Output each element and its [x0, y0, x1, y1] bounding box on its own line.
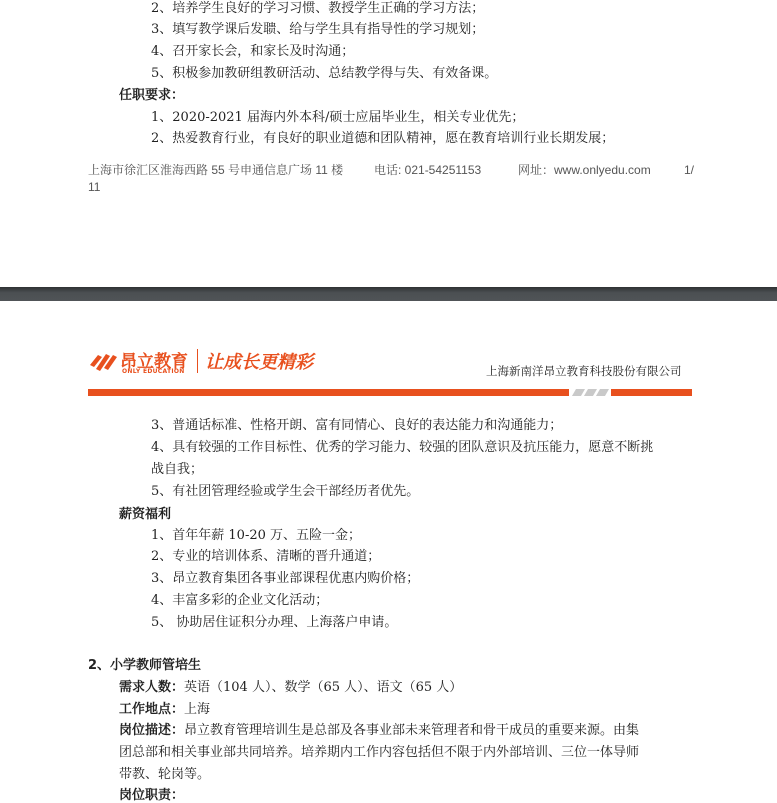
duty-item-4: 4、召开家长会，和家长及时沟通；: [151, 44, 354, 60]
location-value: 上海: [184, 702, 210, 717]
requirement-item-4-cont: 战自我；: [151, 462, 203, 478]
location-row: 工作地点：上海: [119, 702, 210, 718]
description-text-3: 带教、轮岗等。: [119, 767, 210, 783]
location-label: 工作地点：: [119, 702, 184, 717]
headcount-row: 需求人数：英语（104 人）、数学（65 人）、语文（65 人）: [119, 680, 462, 696]
header-rule-right: [611, 389, 692, 396]
requirement-item-1: 1、2020-2021 届海内外本科/硕士应届毕业生，相关专业优先；: [151, 110, 524, 126]
footer-page-total: 11: [88, 179, 100, 196]
benefit-item-5: 5、 协助居住证积分办理、上海落户申请。: [151, 615, 397, 631]
requirement-item-5: 5、有社团管理经验或学生会干部经历者优先。: [151, 484, 419, 500]
duty-item-3: 3、填写教学课后发聩、给与学生具有指导性的学习规划；: [151, 22, 484, 38]
headcount-label: 需求人数：: [119, 680, 184, 695]
footer-page-number: 1/: [684, 162, 694, 179]
slogan: 让成长更精彩: [205, 348, 313, 374]
benefits-heading: 薪资福利: [119, 507, 171, 523]
header-rule-left: [88, 389, 569, 396]
benefit-item-3: 3、昂立教育集团各事业部课程优惠内购价格；: [151, 571, 419, 587]
benefit-item-4: 4、丰富多彩的企业文化活动；: [151, 593, 328, 609]
company-name: 上海新南洋昂立教育科技股份有限公司: [486, 363, 682, 379]
description-label: 岗位描述：: [119, 723, 184, 738]
footer-phone: 电话: 021-54251153: [374, 162, 481, 179]
logo-english-name: ONLY EDUCATION: [122, 368, 185, 375]
requirement-item-2: 2、热爱教育行业，有良好的职业道德和团队精神，愿在教育培训行业长期发展；: [151, 131, 614, 147]
description-text-1: 昂立教育管理培训生是总部及各事业部未来管理者和骨干成员的重要来源。由集: [184, 723, 639, 738]
section-2-title: 2、小学教师管培生: [88, 658, 201, 674]
duties-label: 岗位职责：: [119, 788, 184, 803]
description-text-2: 团总部和相关事业部共同培养。培养期内工作内容包括但不限于内外部培训、三位一体导师: [119, 745, 639, 761]
headcount-value: 英语（104 人）、数学（65 人）、语文（65 人）: [184, 680, 462, 695]
document-page-1: 2、培养学生良好的学习习惯、教授学生正确的学习方法； 3、填写教学课后发聩、给与…: [0, 0, 777, 287]
footer-website: 网址：www.onlyedu.com: [518, 162, 651, 179]
page-separator: [0, 287, 777, 301]
logo-mark-icon: [88, 349, 118, 371]
requirement-item-4: 4、具有较强的工作目标性、优秀的学习能力、较强的团队意识及抗压能力，愿意不断挑: [151, 440, 653, 456]
requirement-item-3: 3、普通话标准、性格开朗、富有同情心、良好的表达能力和沟通能力；: [151, 418, 562, 434]
logo-divider: [197, 349, 198, 373]
benefit-item-1: 1、首年年薪 10-20 万、五险一金；: [151, 528, 361, 544]
duty-item-2: 2、培养学生良好的学习习惯、教授学生正确的学习方法；: [151, 1, 484, 17]
benefit-item-2: 2、专业的培训体系、清晰的晋升通道；: [151, 549, 380, 565]
description-row: 岗位描述：昂立教育管理培训生是总部及各事业部未来管理者和骨干成员的重要来源。由集: [119, 723, 639, 739]
requirements-heading: 任职要求：: [119, 88, 184, 104]
footer-address: 上海市徐汇区淮海西路 55 号申通信息广场 11 楼: [88, 162, 343, 179]
duty-item-5: 5、积极参加教研组教研活动、总结教学得与失、有效备课。: [151, 66, 497, 82]
